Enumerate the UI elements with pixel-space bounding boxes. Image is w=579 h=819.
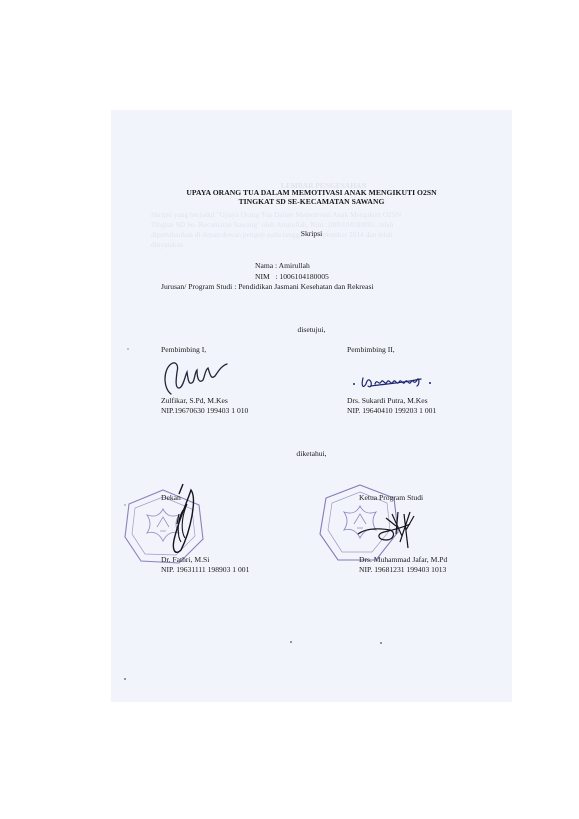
scan-speck [124,678,126,680]
bleed-through-line: dinyatakan [151,240,183,250]
scan-speck [380,642,382,644]
student-nim: NIM : 1006104180005 [255,272,329,281]
program-chair-signature [356,508,426,553]
bleed-through-line: Skripsi yang berjudul "Upaya Orang Tua D… [151,210,401,220]
scan-speck [127,348,129,350]
scan-speck [124,504,126,506]
study-program: Jurusan/ Program Studi : Pendidikan Jasm… [161,282,374,291]
student-name: Nama : Amirullah [255,261,310,270]
dean-role: Dekan [161,493,181,502]
supervisor-1-role: Pembimbing I, [161,345,206,354]
program-chair-role: Ketua Program Studi [359,493,423,502]
supervisor-2-role: Pembimbing II, [347,345,395,354]
approved-label: disetujui, [111,325,512,334]
supervisor-2-name: Drs. Sukardi Putra, M.Kes [347,396,428,405]
dean-signature [161,480,201,560]
dean-nip: NIP. 19631111 198903 1 001 [161,565,249,574]
program-chair-name: Drs. Muhammad Jafar, M.Pd [359,555,447,564]
thesis-title-line-1: UPAYA ORANG TUA DALAM MEMOTIVASI ANAK ME… [111,188,512,197]
supervisor-1-name: Zulfikar, S.Pd, M.Kes [161,396,228,405]
document-type: Skripsi [111,229,512,238]
program-chair-nip: NIP. 19681231 199403 1013 [359,565,446,574]
thesis-title-line-2: TINGKAT SD SE-KECAMATAN SAWANG [111,197,512,206]
scanned-document-page: LEMBAR PENGESAHAN Skripsi yang berjudul … [111,110,512,702]
acknowledged-label: diketahui, [111,449,512,458]
scan-speck [290,641,292,643]
supervisor-2-signature [351,372,436,392]
dean-name: Dr. Fathri, M.Si [161,555,209,564]
supervisor-1-signature [161,358,231,398]
supervisor-1-nip: NIP.19670630 199403 1 010 [161,406,248,415]
supervisor-2-nip: NIP. 19640410 199203 1 001 [347,406,436,415]
